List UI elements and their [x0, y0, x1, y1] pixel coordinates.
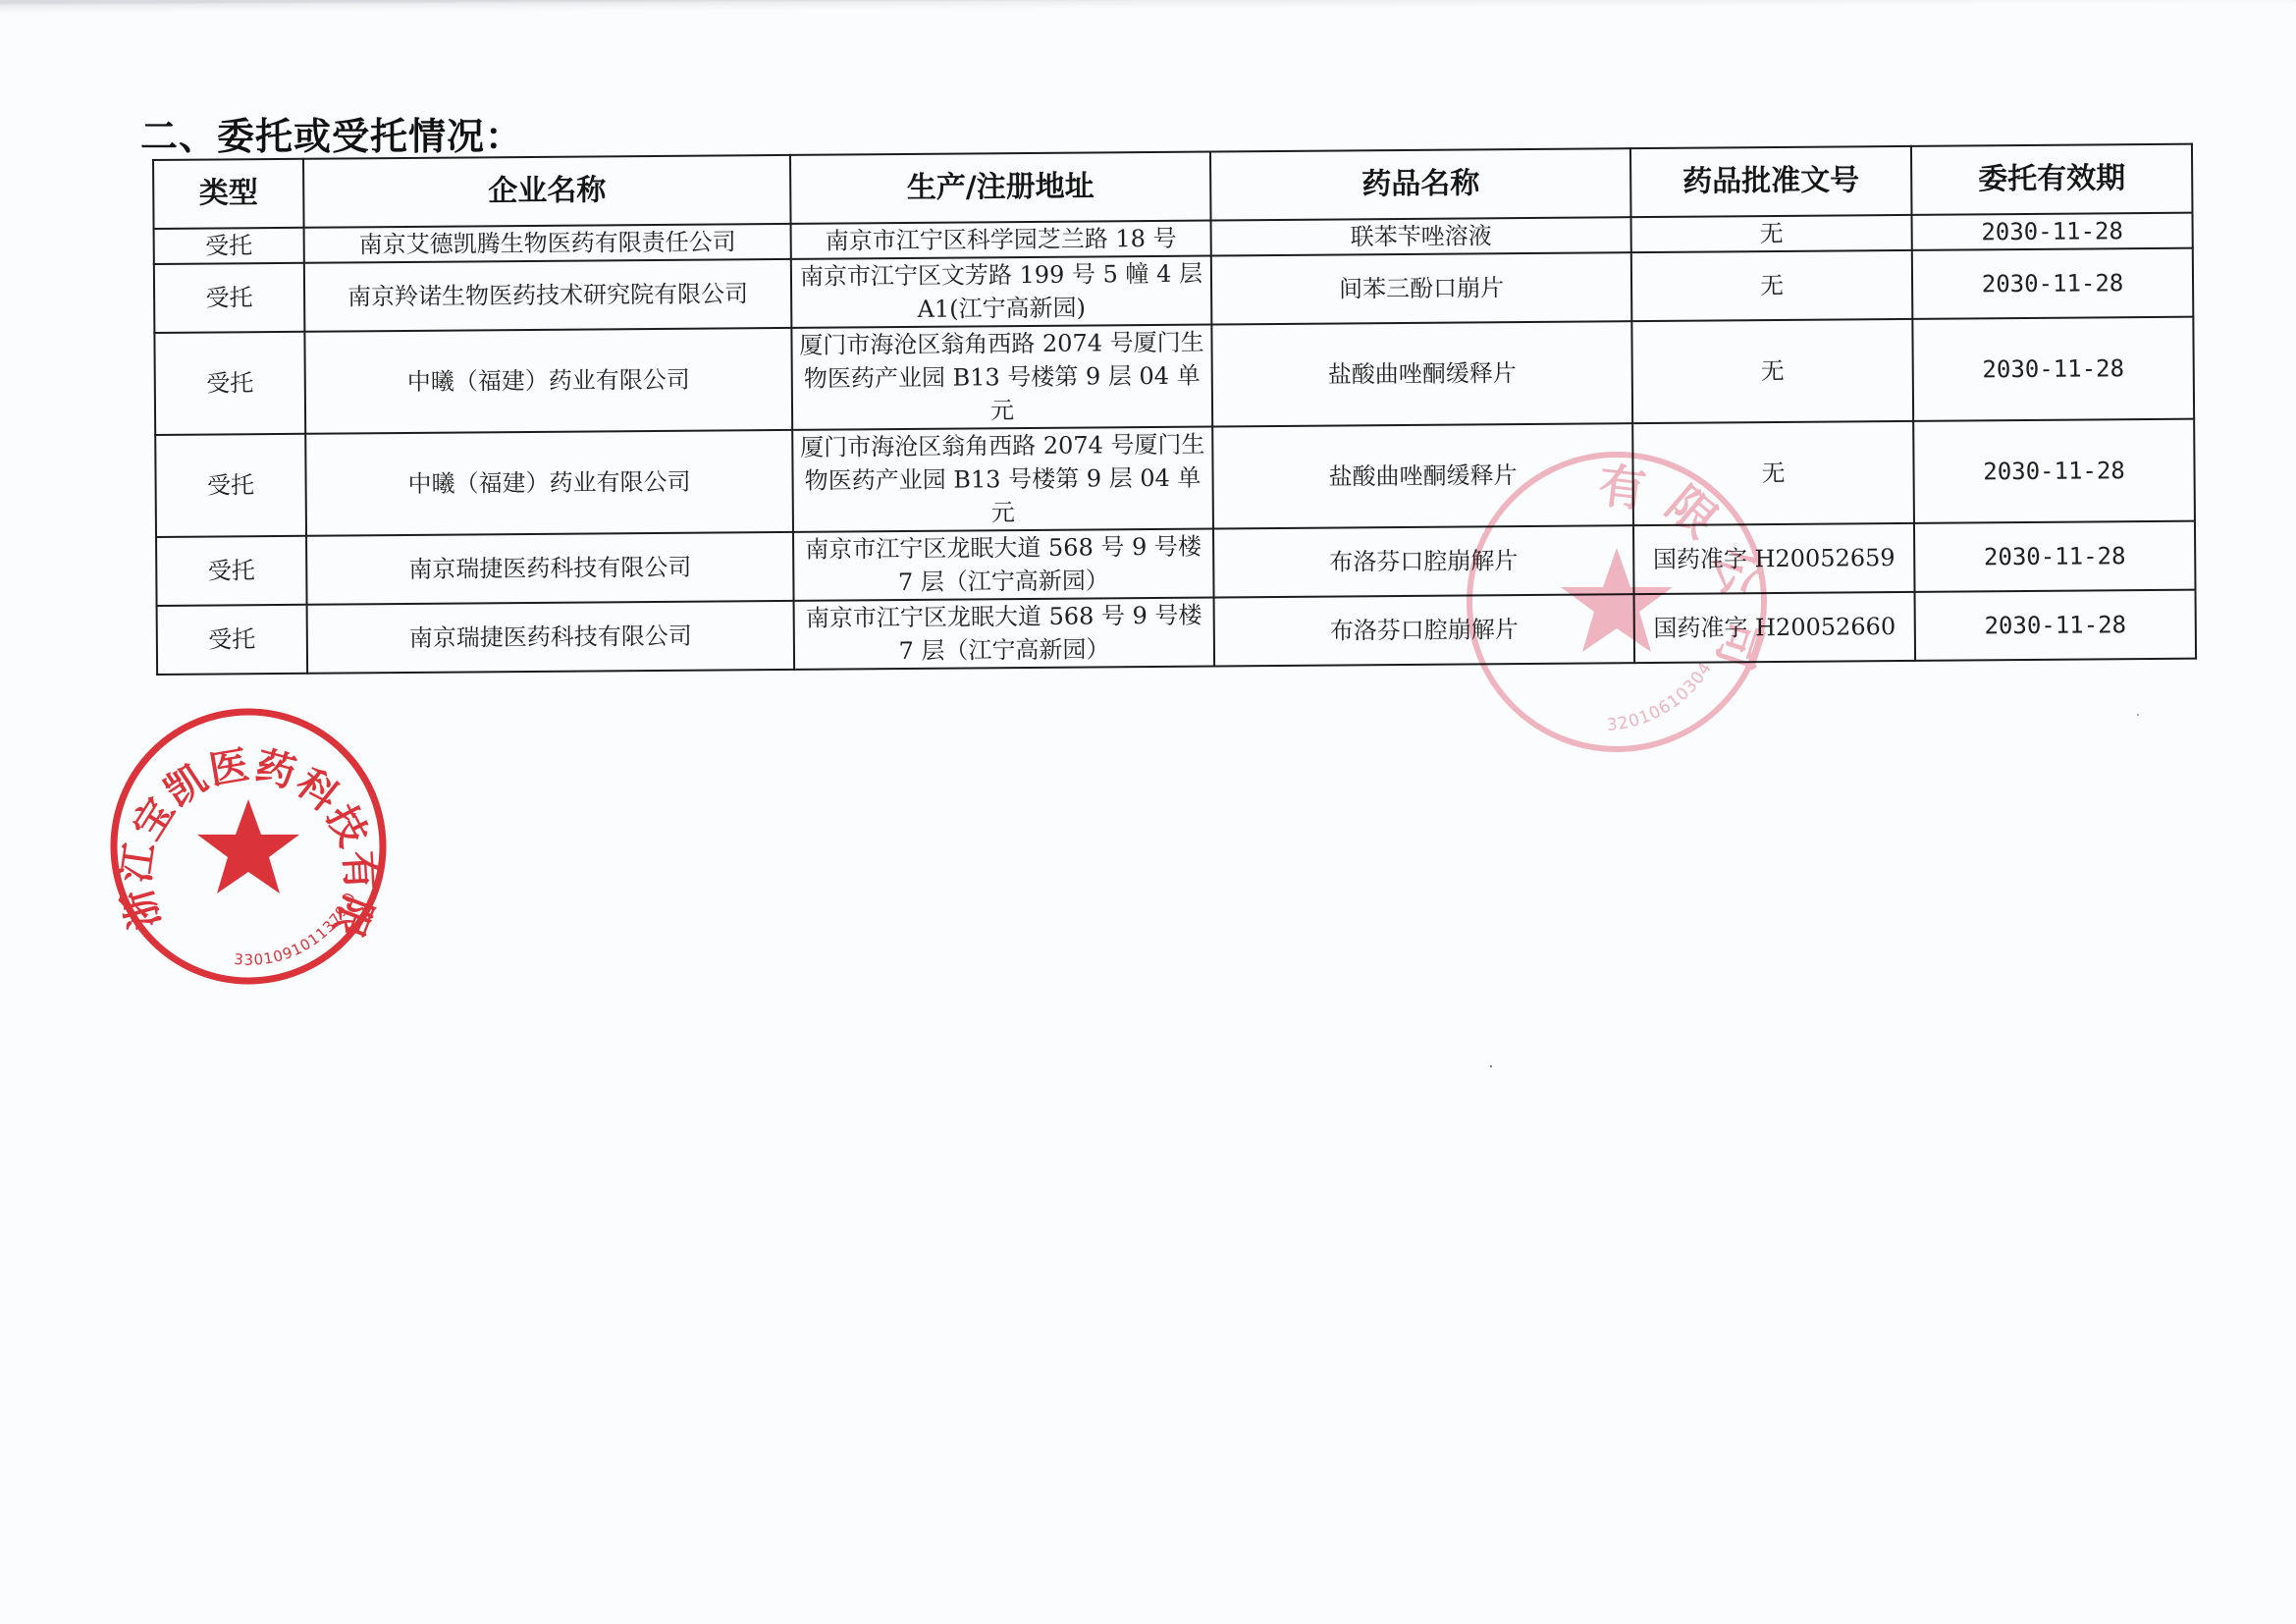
cell-address: 南京市江宁区龙眠大道 568 号 9 号楼 7 层（江宁高新园）	[793, 529, 1214, 601]
cell-valid-until: 2030-11-28	[1915, 590, 2197, 661]
header-valid-until: 委托有效期	[1911, 144, 2193, 215]
scan-speck	[2137, 714, 2139, 716]
cell-type: 受托	[154, 332, 305, 435]
cell-approval: 国药准字 H20052659	[1633, 523, 1915, 594]
header-company: 企业名称	[303, 155, 791, 228]
seal-left-number: 3301091011379 0	[234, 889, 360, 968]
cell-approval: 无	[1631, 319, 1913, 423]
cell-valid-until: 2030-11-28	[1912, 213, 2193, 250]
cell-company: 南京瑞捷医药科技有限公司	[307, 601, 795, 674]
header-drug: 药品名称	[1210, 148, 1631, 220]
entrust-table: 类型 企业名称 生产/注册地址 药品名称 药品批准文号 委托有效期 受托 南京艾…	[152, 143, 2197, 676]
star-icon	[197, 799, 299, 893]
cell-valid-until: 2030-11-28	[1912, 317, 2194, 421]
table-row: 受托 南京瑞捷医药科技有限公司 南京市江宁区龙眠大道 568 号 9 号楼 7 …	[157, 590, 2196, 675]
cell-type: 受托	[155, 434, 306, 537]
company-seal-left: 浙江宝凯医药科技有限公司 3301091011379 0	[107, 705, 390, 988]
header-approval: 药品批准文号	[1630, 146, 1912, 217]
seal-right-number: 32010610304	[1606, 659, 1716, 735]
cell-valid-until: 2030-11-28	[1914, 521, 2196, 592]
cell-company: 中曦（福建）药业有限公司	[305, 430, 793, 536]
cell-approval: 无	[1631, 250, 1913, 321]
scan-edge	[0, 0, 2296, 14]
cell-drug: 间苯三酚口崩片	[1211, 252, 1632, 324]
header-type: 类型	[153, 159, 304, 229]
cell-address: 厦门市海沧区翁角西路 2074 号厦门生物医药产业园 B13 号楼第 9 层 0…	[792, 427, 1213, 532]
cell-address: 厦门市海沧区翁角西路 2074 号厦门生物医药产业园 B13 号楼第 9 层 0…	[791, 325, 1212, 430]
cell-company: 中曦（福建）药业有限公司	[304, 328, 792, 434]
cell-approval: 无	[1632, 421, 1914, 525]
cell-type: 受托	[157, 605, 308, 675]
cell-drug: 布洛芬口腔崩解片	[1213, 525, 1634, 597]
cell-company: 南京羚诺生物医药技术研究院有限公司	[304, 259, 792, 332]
section-title: 二、委托或受托情况：	[140, 106, 523, 160]
cell-company: 南京艾德凯腾生物医药有限责任公司	[304, 224, 791, 263]
table-row: 受托 中曦（福建）药业有限公司 厦门市海沧区翁角西路 2074 号厦门生物医药产…	[154, 317, 2194, 435]
svg-text:3301091011379 0: 3301091011379 0	[234, 889, 360, 968]
cell-address: 南京市江宁区龙眠大道 568 号 9 号楼 7 层（江宁高新园）	[794, 598, 1215, 670]
cell-drug: 盐酸曲唑酮缓释片	[1211, 321, 1632, 426]
cell-drug: 布洛芬口腔崩解片	[1214, 594, 1635, 666]
cell-type: 受托	[156, 536, 307, 606]
cell-approval: 无	[1631, 215, 1912, 252]
cell-drug: 盐酸曲唑酮缓释片	[1212, 423, 1633, 528]
cell-valid-until: 2030-11-28	[1912, 248, 2194, 319]
cell-drug: 联苯苄唑溶液	[1211, 217, 1631, 255]
cell-address: 南京市江宁区文芳路 199 号 5 幢 4 层 A1(江宁高新园)	[791, 256, 1212, 328]
cell-approval: 国药准字 H20052660	[1634, 592, 1916, 663]
table-row: 受托 中曦（福建）药业有限公司 厦门市海沧区翁角西路 2074 号厦门生物医药产…	[155, 419, 2195, 537]
cell-type: 受托	[154, 263, 305, 333]
svg-text:32010610304: 32010610304	[1606, 659, 1716, 735]
entrust-table-container: 类型 企业名称 生产/注册地址 药品名称 药品批准文号 委托有效期 受托 南京艾…	[152, 143, 2195, 676]
seal-left-text: 浙江宝凯医药科技有限公司	[107, 705, 384, 945]
cell-type: 受托	[154, 228, 304, 264]
header-address: 生产/注册地址	[790, 152, 1211, 224]
svg-text:浙江宝凯医药科技有限公司: 浙江宝凯医药科技有限公司	[107, 705, 384, 945]
cell-address: 南京市江宁区科学园芝兰路 18 号	[791, 221, 1211, 259]
scan-speck	[1490, 1065, 1492, 1067]
cell-valid-until: 2030-11-28	[1913, 419, 2195, 523]
cell-company: 南京瑞捷医药科技有限公司	[306, 532, 794, 605]
